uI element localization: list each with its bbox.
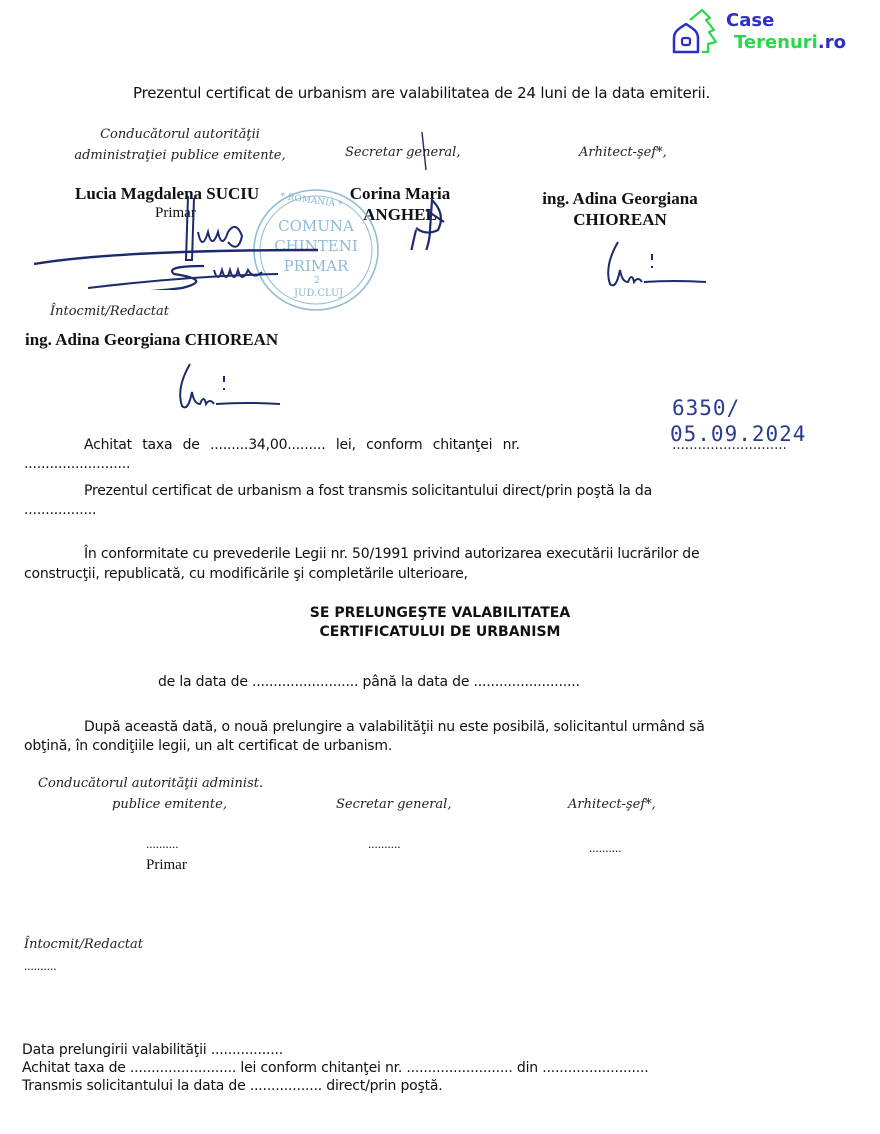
bottom-architect-dots: .......... [589,840,622,856]
house-tree-icon [668,8,724,58]
fee-prefix: Achitat taxa de [84,437,200,453]
extension-title: SE PRELUNGEŞTE VALABILITATEA CERTIFICATU… [240,604,640,642]
architect-name: ing. Adina Georgiana CHIOREAN [525,188,715,230]
drafted-name: ing. Adina Georgiana CHIOREAN [25,330,278,350]
after-paragraph-line2: obţină, în condiţiile legii, un alt cert… [24,738,392,754]
bottom-head-role-line2: publice emitente, [112,797,227,812]
architect-name-line2: CHIOREAN [525,209,715,230]
logo-text-case: Case [726,10,774,31]
receipt-number-handwritten: 6350/ [672,396,740,420]
casa-terenuri-logo: Case Terenuri.ro [668,8,858,60]
secretary-signature [396,130,456,250]
logo-text-terenuri-word: Terenuri [734,32,818,53]
bottom-secretary-role: Secretar general, [336,797,451,812]
footer-block: Data prelungirii valabilităţii .........… [22,1041,648,1095]
fee-amount: .........34,00......... [210,437,326,453]
law-paragraph-line2: construcţii, republicată, cu modificăril… [24,566,468,582]
head-role-line1: Conducătorul autorităţii [70,124,290,145]
extension-title-line2: CERTIFICATULUI DE URBANISM [240,623,640,642]
fee-middle: lei, conform chitanţei nr. [336,437,520,453]
fee-line2-dots: ......................... [24,456,130,472]
bottom-head-role-line1: Conducătorul autorităţii administ. [38,776,263,791]
bottom-secretary-dots: .......... [368,836,401,852]
architect-name-line1: ing. Adina Georgiana [525,188,715,209]
law-paragraph-line1: În conformitate cu prevederile Legii nr.… [84,546,699,562]
transmitted-text: Prezentul certificat de urbanism a fost … [84,483,652,499]
mayor-signature [28,180,328,290]
transmitted-dots: ................. [24,502,96,518]
bottom-architect-role: Arhitect-şef*, [568,797,656,812]
footer-line3: Transmis solicitantului la data de .....… [22,1077,648,1095]
drafted-label: Întocmit/Redactat [50,304,169,319]
logo-text-ro: .ro [818,32,846,53]
extension-dates: de la data de ......................... … [158,674,580,690]
fee-line: Achitat taxa de .........34,00......... … [84,437,520,453]
bottom-head-dots: .......... [146,836,179,852]
receipt-date-handwritten: 05.09.2024 [670,422,806,446]
after-paragraph-line1: După această dată, o nouă prelungire a v… [84,719,705,735]
architect-role: Arhitect-şef*, [579,145,667,160]
extension-title-line1: SE PRELUNGEŞTE VALABILITATEA [240,604,640,623]
bottom-drafted-dots: .......... [24,958,57,974]
architect-signature [604,236,714,296]
bottom-head-title: Primar [146,857,187,874]
footer-line2: Achitat taxa de ........................… [22,1059,648,1077]
footer-line1: Data prelungirii valabilităţii .........… [22,1041,648,1059]
head-role-line2: administraţiei publice emitente, [70,145,290,166]
drafter-signature [176,358,286,418]
validity-statement: Prezentul certificat de urbanism are val… [133,84,710,102]
logo-text-terenuri: Terenuri.ro [734,32,846,53]
bottom-drafted-label: Întocmit/Redactat [24,937,143,952]
head-role: Conducătorul autorităţii administraţiei … [70,124,290,166]
